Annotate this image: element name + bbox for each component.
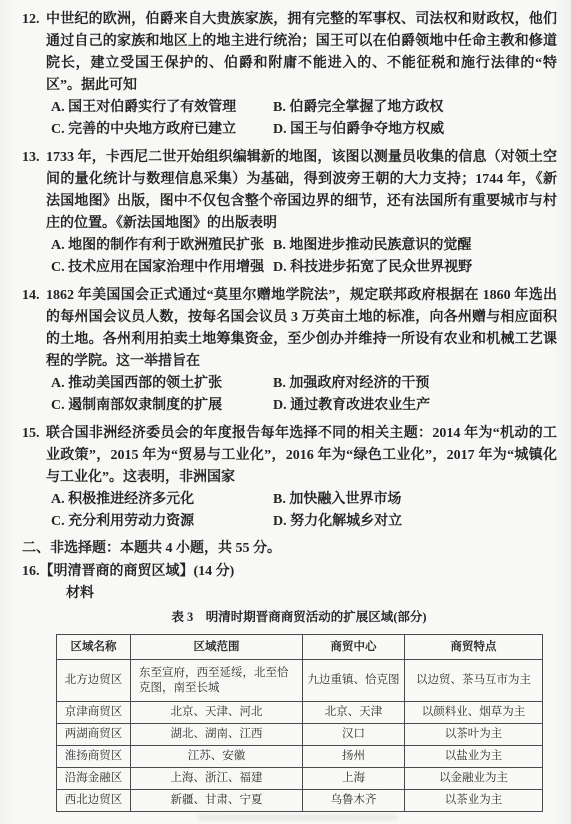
cell-trade-feature: 以颜料业、烟草为主 (405, 702, 543, 724)
section-two-heading: 二、非选择题：本题共 4 小题，共 55 分。 (22, 537, 557, 560)
question-12-options-row-1: A. 国王对伯爵实行了有效管理 B. 伯爵完全掌握了地方政权 (46, 97, 557, 119)
table-header-row: 区域名称 区域范围 商贸中心 商贸特点 (57, 635, 543, 660)
question-15-option-d: D. 努力化解城乡对立 (273, 511, 402, 533)
cell-region-name: 北方边贸区 (57, 660, 131, 702)
question-16-title: 【明清晋商的商贸区域】 (40, 564, 194, 579)
table-row: 京津商贸区 北京、天津、河北 北京、天津 以颜料业、烟草为主 (57, 702, 543, 724)
question-12-option-d: D. 国王与伯爵争夺地方权威 (273, 119, 444, 141)
question-15-options-row-1: A. 积极推进经济多元化 B. 加快融入世界市场 (46, 489, 557, 511)
question-13-option-b: B. 地图进步推动民族意识的觉醒 (273, 235, 471, 257)
material-label: 材料 (66, 583, 571, 605)
question-14-option-b: B. 加强政府对经济的干预 (273, 373, 429, 395)
table-row: 西北边贸区 新疆、甘肃、宁夏 乌鲁木齐 以茶业为主 (57, 790, 543, 812)
question-12-option-c: C. 完善的中央地方政府已建立 (51, 119, 273, 141)
question-16-score: (14 分) (194, 564, 235, 579)
question-12: 12. 中世纪的欧洲，伯爵来自大贵族家族，拥有完整的军事权、司法权和财政权，他们… (22, 9, 557, 141)
cell-region-name: 两湖商贸区 (57, 724, 131, 746)
question-14-number: 14. (22, 285, 40, 307)
question-14-option-d: D. 通过教育改进农业生产 (273, 395, 430, 417)
question-14-stem: 1862 年美国国会正式通过“莫里尔赠地学院法”，规定联邦政府根据在 1860 … (46, 285, 557, 373)
question-15-option-a: A. 积极推进经济多元化 (51, 489, 273, 511)
question-13-option-c: C. 技术应用在国家治理中作用增强 (51, 257, 273, 279)
question-13-options-row-2: C. 技术应用在国家治理中作用增强 D. 科技进步拓宽了民众世界视野 (46, 257, 557, 279)
question-15: 15. 联合国非洲经济委员会的年度报告每年选择不同的相关主题：2014 年为“机… (22, 423, 557, 533)
trade-regions-table: 区域名称 区域范围 商贸中心 商贸特点 北方边贸区 东至宣府，西至延绥，北至恰克… (56, 634, 543, 812)
question-13-option-a: A. 地图的制作有利于欧洲殖民扩张 (51, 235, 273, 257)
question-15-number: 15. (22, 423, 40, 445)
cell-trade-center: 九边重镇、恰克图 (303, 660, 405, 702)
table-row: 沿海金融区 上海、浙江、福建 上海 以金融业为主 (57, 768, 543, 790)
question-12-option-b: B. 伯爵完全掌握了地方政权 (273, 97, 443, 119)
cell-region-scope: 上海、浙江、福建 (131, 768, 303, 790)
cell-trade-center: 汉口 (303, 724, 405, 746)
header-trade-center: 商贸中心 (303, 635, 405, 660)
question-13: 13. 1733 年，卡西尼二世开始组织编辑新的地图，该图以测量员收集的信息（对… (22, 147, 557, 279)
header-region-scope: 区域范围 (131, 635, 303, 660)
question-13-stem: 1733 年，卡西尼二世开始组织编辑新的地图，该图以测量员收集的信息（对领土空间… (46, 147, 557, 235)
table-caption: 表 3 明清时期晋商商贸活动的扩展区域(部分) (56, 606, 542, 628)
non-mcq-section: 二、非选择题：本题共 4 小题，共 55 分。 16.【明清晋商的商贸区域】(1… (0, 537, 571, 812)
cell-region-name: 淮扬商贸区 (57, 746, 131, 768)
cell-trade-feature: 以金融业为主 (405, 768, 543, 790)
table-row: 两湖商贸区 湖北、湖南、江西 汉口 以茶叶为主 (57, 724, 543, 746)
question-15-stem: 联合国非洲经济委员会的年度报告每年选择不同的相关主题：2014 年为“机动的工业… (46, 423, 557, 489)
question-15-option-c: C. 充分利用劳动力资源 (51, 511, 273, 533)
question-13-option-d: D. 科技进步拓宽了民众世界视野 (273, 257, 472, 279)
cell-trade-center: 乌鲁木齐 (303, 790, 405, 812)
exam-paper-page: 12. 中世纪的欧洲，伯爵来自大贵族家族，拥有完整的军事权、司法权和财政权，他们… (0, 0, 571, 824)
question-15-option-b: B. 加快融入世界市场 (273, 489, 401, 511)
question-15-options-row-2: C. 充分利用劳动力资源 D. 努力化解城乡对立 (46, 511, 557, 533)
cell-trade-center: 北京、天津 (303, 702, 405, 724)
question-14: 14. 1862 年美国国会正式通过“莫里尔赠地学院法”，规定联邦政府根据在 1… (22, 285, 557, 417)
question-13-number: 13. (22, 147, 40, 169)
question-14-option-a: A. 推动美国西部的领土扩张 (51, 373, 273, 395)
cell-region-scope: 东至宣府，西至延绥，北至恰克图，南至长城 (131, 660, 303, 702)
question-12-options-row-2: C. 完善的中央地方政府已建立 D. 国王与伯爵争夺地方权威 (46, 119, 557, 141)
cell-trade-feature: 以盐业为主 (405, 746, 543, 768)
header-trade-feature: 商贸特点 (405, 635, 543, 660)
question-12-option-a: A. 国王对伯爵实行了有效管理 (51, 97, 273, 119)
question-14-option-c: C. 遏制南部奴隶制度的扩展 (51, 395, 273, 417)
cell-trade-feature: 以茶叶为主 (405, 724, 543, 746)
cell-region-name: 沿海金融区 (57, 768, 131, 790)
cell-region-name: 西北边贸区 (57, 790, 131, 812)
question-16-title-line: 16.【明清晋商的商贸区域】(14 分) (22, 560, 557, 583)
cell-trade-center: 上海 (303, 768, 405, 790)
question-13-options-row-1: A. 地图的制作有利于欧洲殖民扩张 B. 地图进步推动民族意识的觉醒 (46, 235, 557, 257)
header-region-name: 区域名称 (57, 635, 131, 660)
cell-trade-feature: 以边贸、茶马互市为主 (405, 660, 543, 702)
cell-region-scope: 湖北、湖南、江西 (131, 724, 303, 746)
cell-trade-center: 扬州 (303, 746, 405, 768)
table-row: 北方边贸区 东至宣府，西至延绥，北至恰克图，南至长城 九边重镇、恰克图 以边贸、… (57, 660, 543, 702)
cell-region-scope: 北京、天津、河北 (131, 702, 303, 724)
cell-region-scope: 江苏、安徽 (131, 746, 303, 768)
faded-cutoff-text (198, 815, 398, 820)
table-row: 淮扬商贸区 江苏、安徽 扬州 以盐业为主 (57, 746, 543, 768)
cell-region-scope: 新疆、甘肃、宁夏 (131, 790, 303, 812)
question-12-stem: 中世纪的欧洲，伯爵来自大贵族家族，拥有完整的军事权、司法权和财政权，他们通过自己… (46, 9, 557, 97)
question-14-options-row-1: A. 推动美国西部的领土扩张 B. 加强政府对经济的干预 (46, 373, 557, 395)
question-16-number: 16. (22, 564, 40, 579)
question-14-options-row-2: C. 遏制南部奴隶制度的扩展 D. 通过教育改进农业生产 (46, 395, 557, 417)
cell-trade-feature: 以茶业为主 (405, 790, 543, 812)
question-12-number: 12. (22, 9, 40, 31)
multiple-choice-section: 12. 中世纪的欧洲，伯爵来自大贵族家族，拥有完整的军事权、司法权和财政权，他们… (0, 9, 571, 533)
cell-region-name: 京津商贸区 (57, 702, 131, 724)
